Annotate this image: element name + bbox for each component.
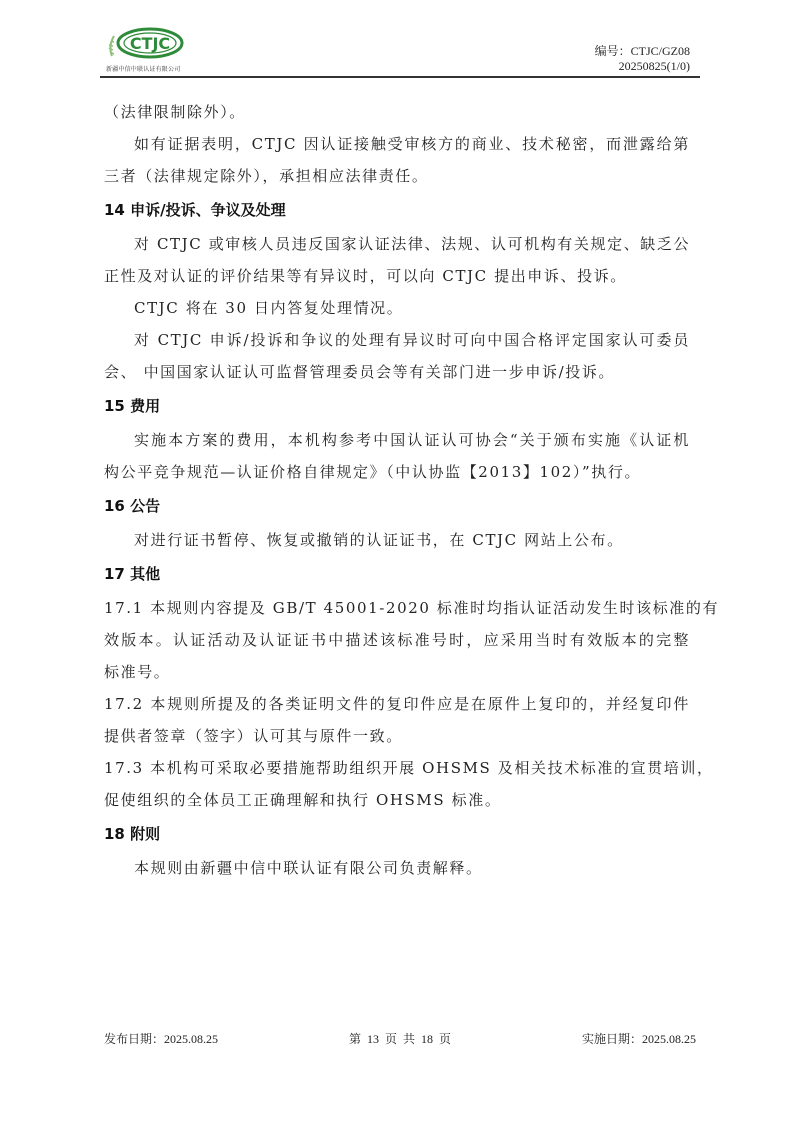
paragraph-line: 提供者签章（签字）认可其与原件一致。 xyxy=(104,720,690,752)
paragraph-line: 正性及对认证的评价结果等有异议时，可以向 CTJC 提出申诉、投诉。 xyxy=(104,260,690,292)
paragraph-line: 促使组织的全体员工正确理解和执行 OHSMS 标准。 xyxy=(104,784,690,816)
page-footer: 发布日期：2025.08.25 第 13 页 共 18 页 实施日期：2025.… xyxy=(104,1030,696,1050)
effective-date: 实施日期：2025.08.25 xyxy=(582,1030,696,1047)
logo-subtitle: 新疆中信中联认证有限公司 xyxy=(106,64,180,73)
section-heading-15: 15 费用 xyxy=(104,388,690,424)
document-code: 编号：CTJC/GZ08 20250825(1/0) xyxy=(595,44,690,74)
paragraph-line: 对 CTJC 申诉/投诉和争议的处理有异议时可向中国合格评定国家认可委员 xyxy=(104,324,690,356)
paragraph-line: 17.3 本机构可采取必要措施帮助组织开展 OHSMS 及相关技术标准的宣贯培训… xyxy=(104,752,690,784)
issue-date: 发布日期：2025.08.25 xyxy=(104,1030,218,1047)
svg-text:CTJC: CTJC xyxy=(130,34,170,53)
paragraph-line: 17.2 本规则所提及的各类证明文件的复印件应是在原件上复印的，并经复印件 xyxy=(104,688,690,720)
paragraph-line: 17.1 本规则内容提及 GB/T 45001-2020 标准时均指认证活动发生… xyxy=(104,592,690,624)
page-number: 第 13 页 共 18 页 xyxy=(349,1030,451,1047)
company-logo: CTJC 新疆中信中联认证有限公司 xyxy=(106,26,186,72)
section-heading-14: 14 申诉/投诉、争议及处理 xyxy=(104,192,690,228)
paragraph-line: （法律限制除外）。 xyxy=(104,96,690,128)
doc-version: 20250825(1/0) xyxy=(595,59,690,74)
section-heading-16: 16 公告 xyxy=(104,488,690,524)
document-body: （法律限制除外）。 如有证据表明，CTJC 因认证接触受审核方的商业、技术秘密，… xyxy=(104,96,690,884)
paragraph-line: 本规则由新疆中信中联认证有限公司负责解释。 xyxy=(104,852,690,884)
section-heading-17: 17 其他 xyxy=(104,556,690,592)
doc-code-value: CTJC/GZ08 xyxy=(631,44,690,58)
paragraph-line: 实施本方案的费用，本机构参考中国认证认可协会“关于颁布实施《认证机 xyxy=(104,424,690,456)
paragraph-line: 效版本。认证活动及认证证书中描述该标准号时，应采用当时有效版本的完整 xyxy=(104,624,690,656)
doc-code-label: 编号： xyxy=(595,44,631,58)
paragraph-line: 对进行证书暂停、恢复或撤销的认证证书，在 CTJC 网站上公布。 xyxy=(104,524,690,556)
page-header: CTJC 新疆中信中联认证有限公司 编号：CTJC/GZ08 20250825(… xyxy=(100,22,700,77)
paragraph-line: 会、 中国国家认证认可监督管理委员会等有关部门进一步申诉/投诉。 xyxy=(104,356,690,388)
paragraph-line: 标准号。 xyxy=(104,656,690,688)
paragraph-line: 构公平竞争规范—认证价格自律规定》（中认协监【2013】102）”执行。 xyxy=(104,456,690,488)
ctjc-logo-icon: CTJC xyxy=(106,26,186,62)
paragraph-line: 对 CTJC 或审核人员违反国家认证法律、法规、认可机构有关规定、缺乏公 xyxy=(104,228,690,260)
paragraph-line: 三者（法律规定除外），承担相应法律责任。 xyxy=(104,160,690,192)
section-heading-18: 18 附则 xyxy=(104,816,690,852)
header-divider xyxy=(100,76,700,78)
paragraph-line: 如有证据表明，CTJC 因认证接触受审核方的商业、技术秘密，而泄露给第 xyxy=(104,128,690,160)
paragraph-line: CTJC 将在 30 日内答复处理情况。 xyxy=(104,292,690,324)
